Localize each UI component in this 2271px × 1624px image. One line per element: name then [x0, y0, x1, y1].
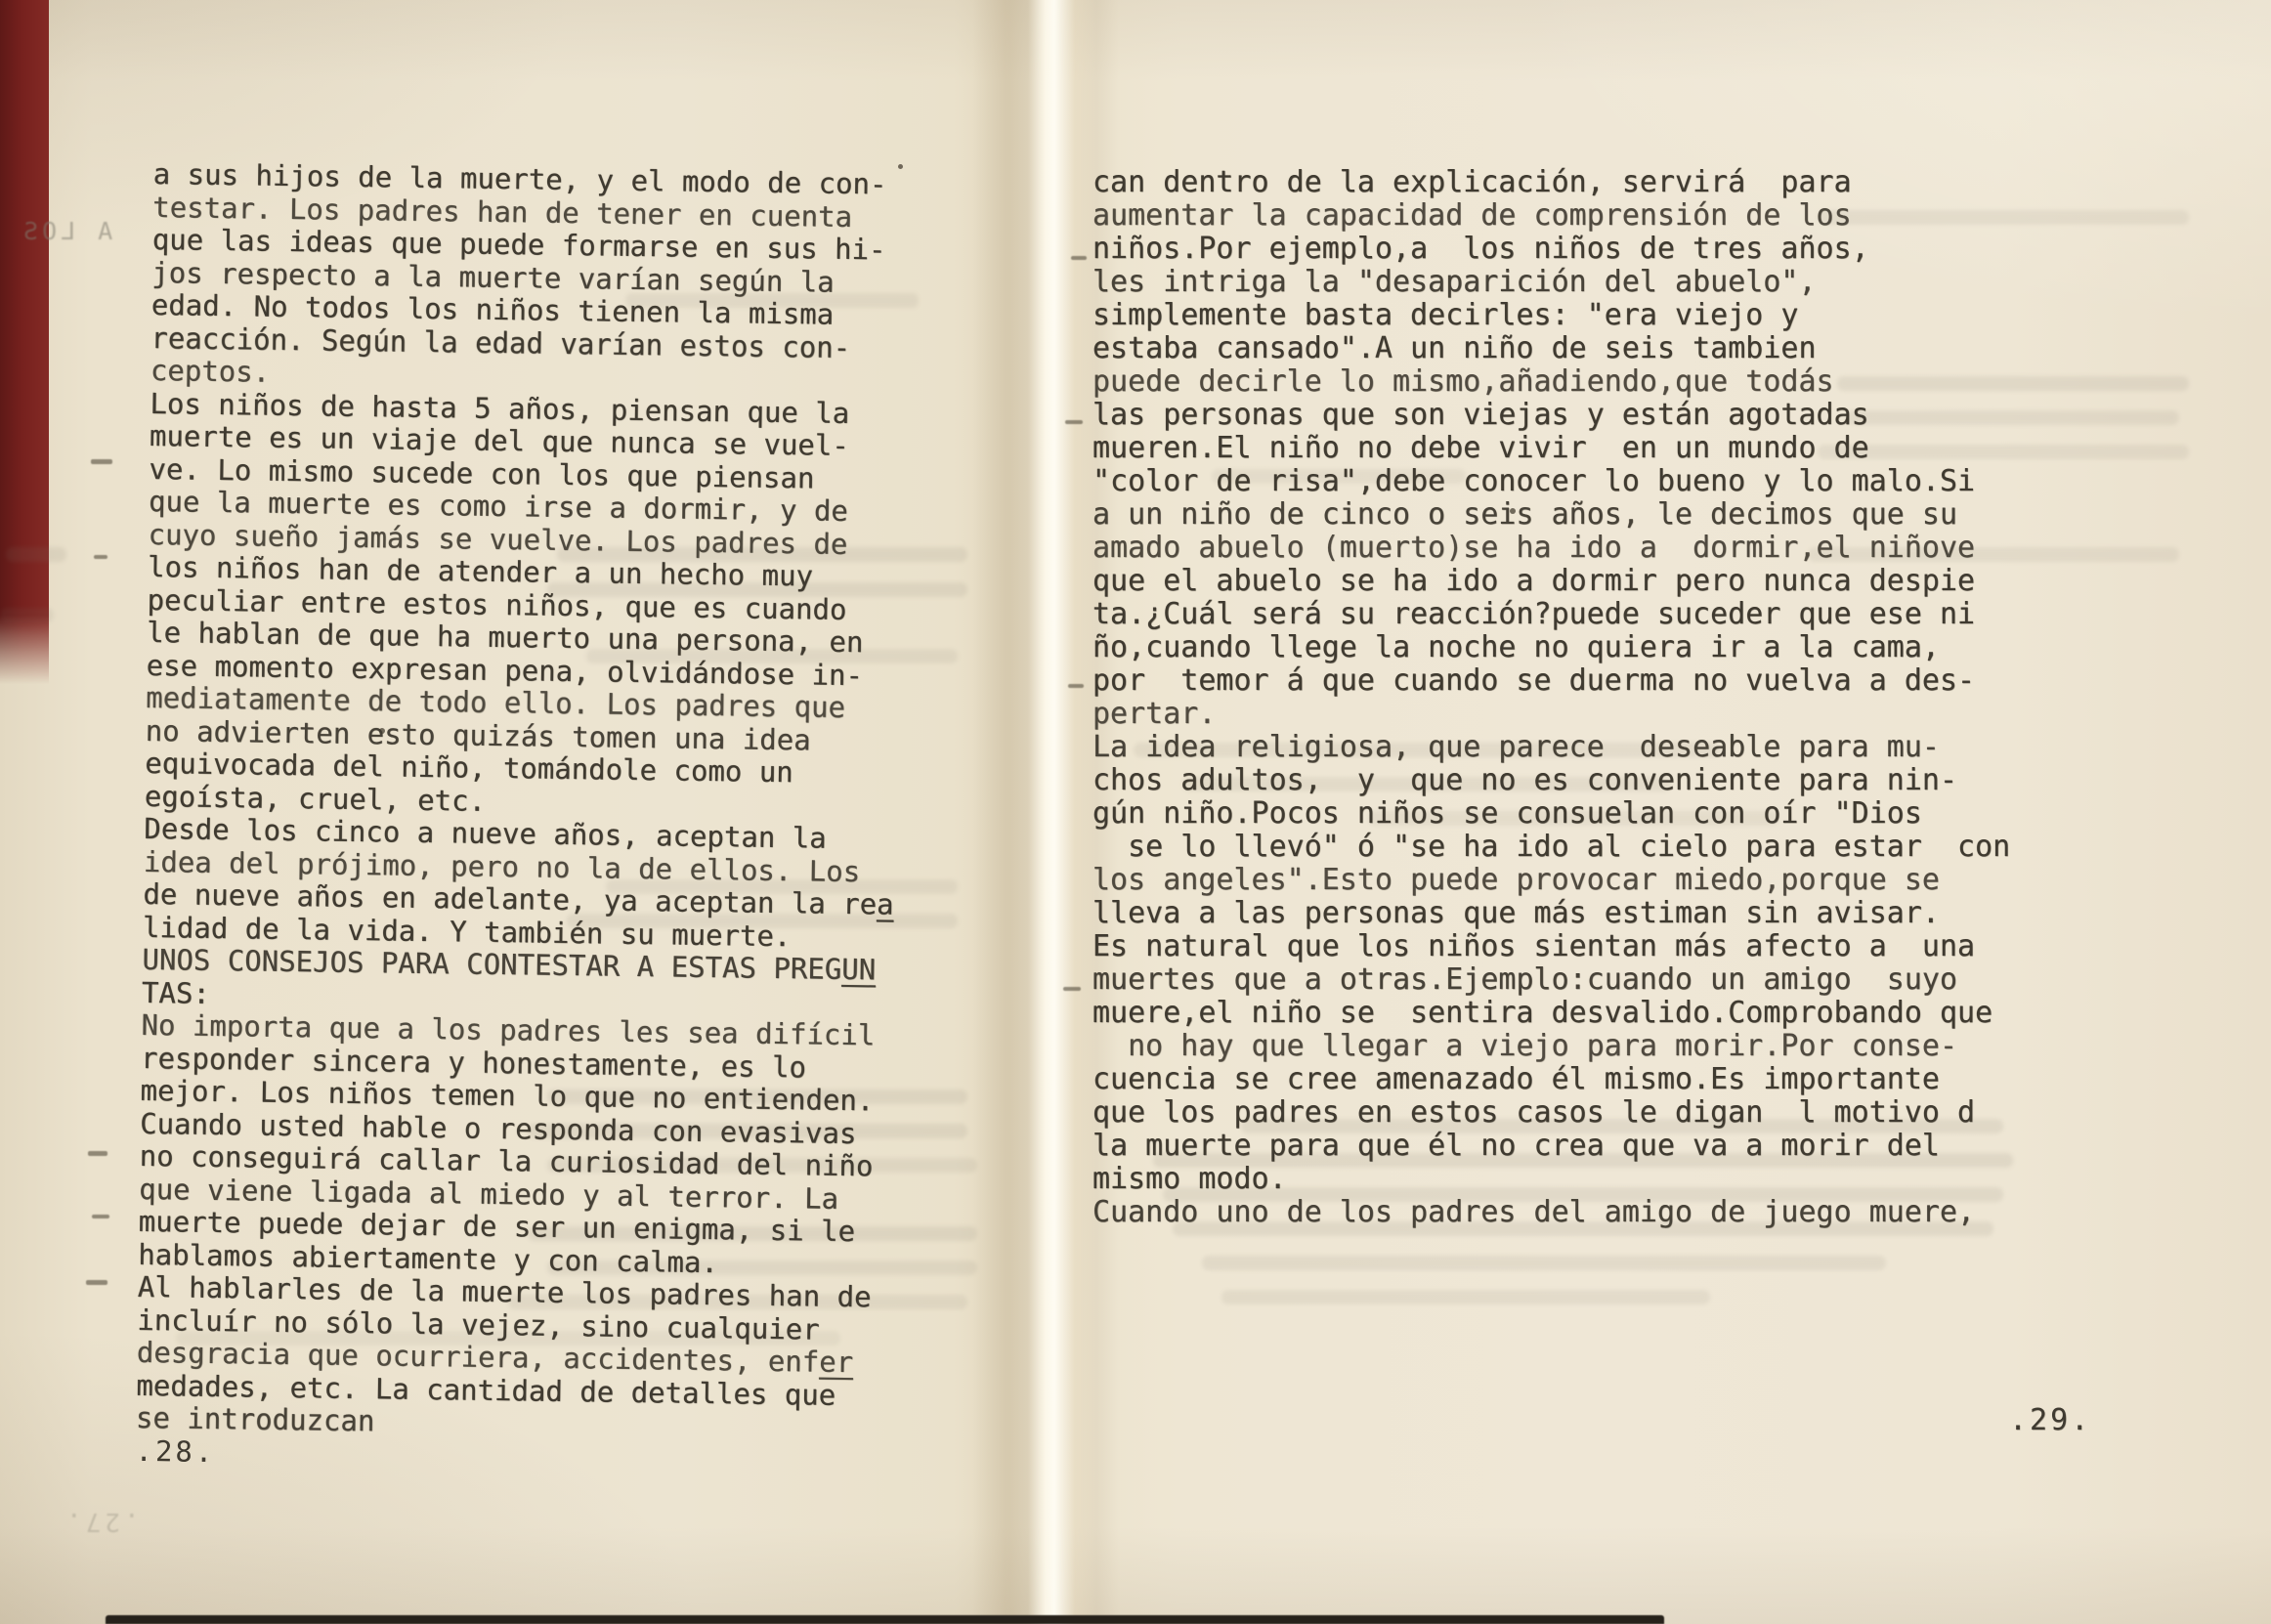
text-line: la muerte para que él no crea que va a m…: [1093, 1130, 2010, 1163]
text-line: por temor á que cuando se duerma no vuel…: [1093, 664, 2010, 698]
text-line: mueren.El niño no debe vivir en un mundo…: [1093, 432, 2010, 465]
book-spread-scan: A LOS .27. a sus hijos de la muerte, y e…: [0, 0, 2271, 1624]
text-line: muere,el niño se sentira desvalido.Compr…: [1093, 997, 2010, 1030]
text-line: "color de risa",debe conocer lo bueno y …: [1093, 465, 2010, 498]
stray-mark: [94, 555, 107, 559]
text-line: simplemente basta decirles: "era viejo y: [1093, 299, 2010, 332]
bleed-through-text: [0, 608, 54, 622]
stray-mark: [1071, 256, 1087, 260]
text-line: gún niño.Pocos niños se consuelan con oí…: [1093, 797, 2010, 831]
text-line: ta.¿Cuál será su reacción?puede suceder …: [1093, 598, 2010, 631]
left-page-lines: a sus hijos de la muerte, y el modo de c…: [136, 158, 904, 1445]
stray-mark: [88, 1151, 107, 1156]
text-line: puede decirle lo mismo,añadiendo,que tod…: [1093, 365, 2010, 399]
bleed-through-text: [6, 547, 66, 562]
stray-mark: [1065, 420, 1083, 424]
text-line: que los padres en estos casos le digan l…: [1093, 1096, 2010, 1130]
text-line: no hay que llegar a viejo para morir.Por…: [1093, 1030, 2010, 1063]
text-line: estaba cansado".A un niño de seis tambie…: [1093, 332, 2010, 365]
text-line: muertes que a otras.Ejemplo:cuando un am…: [1093, 963, 2010, 997]
text-line: can dentro de la explicación, servirá pa…: [1093, 166, 2010, 199]
stray-mark: [1063, 987, 1081, 991]
page-left-text: a sus hijos de la muerte, y el modo de c…: [135, 158, 904, 1478]
text-line: lleva a las personas que más estiman sin…: [1093, 897, 2010, 930]
text-line: los angeles".Esto puede provocar miedo,p…: [1093, 864, 2010, 897]
page-right-text: can dentro de la explicación, servirá pa…: [1093, 166, 2010, 1229]
text-line: mismo modo.: [1093, 1163, 2010, 1196]
text-line: Es natural que los niños sientan más afe…: [1093, 930, 2010, 963]
bleed-through-page-number: .27.: [63, 1507, 140, 1536]
text-line: que el abuelo se ha ido a dormir pero nu…: [1093, 565, 2010, 598]
text-line: amado abuelo (muerto)se ha ido a dormir,…: [1093, 532, 2010, 565]
text-line: Cuando uno de los padres del amigo de ju…: [1093, 1196, 2010, 1229]
bleed-through-text: [1202, 1256, 1886, 1270]
text-line: se lo llevó" ó "se ha ido al cielo para …: [1093, 831, 2010, 864]
text-line: niños.Por ejemplo,a los niños de tres añ…: [1093, 233, 2010, 266]
bleed-through-fragment: A LOS: [20, 217, 112, 245]
text-line: cuencia se cree amenazado él mismo.Es im…: [1093, 1063, 2010, 1096]
stray-mark: [1068, 684, 1084, 688]
text-line: las personas que son viejas y están agot…: [1093, 399, 2010, 432]
text-line: ño,cuando llege la noche no quiera ir a …: [1093, 631, 2010, 664]
bleed-through-text: [1221, 1290, 1710, 1304]
book-cover-edge: [0, 0, 49, 684]
text-line: pertar.: [1093, 698, 2010, 731]
text-line: les intriga la "desaparición del abuelo"…: [1093, 266, 2010, 299]
right-page-number: .29.: [2009, 1403, 2091, 1437]
scan-bottom-edge: [106, 1615, 1664, 1624]
right-page-lines: can dentro de la explicación, servirá pa…: [1093, 166, 2010, 1229]
text-line: aumentar la capacidad de comprensión de …: [1093, 199, 2010, 233]
stray-mark: [91, 459, 112, 464]
text-line: chos adultos, y que no es conveniente pa…: [1093, 764, 2010, 797]
text-line: a un niño de cinco o seis años, le decim…: [1093, 498, 2010, 532]
stray-mark: [86, 1280, 107, 1285]
text-line: La idea religiosa, que parece deseable p…: [1093, 731, 2010, 764]
stray-mark: [92, 1215, 109, 1218]
